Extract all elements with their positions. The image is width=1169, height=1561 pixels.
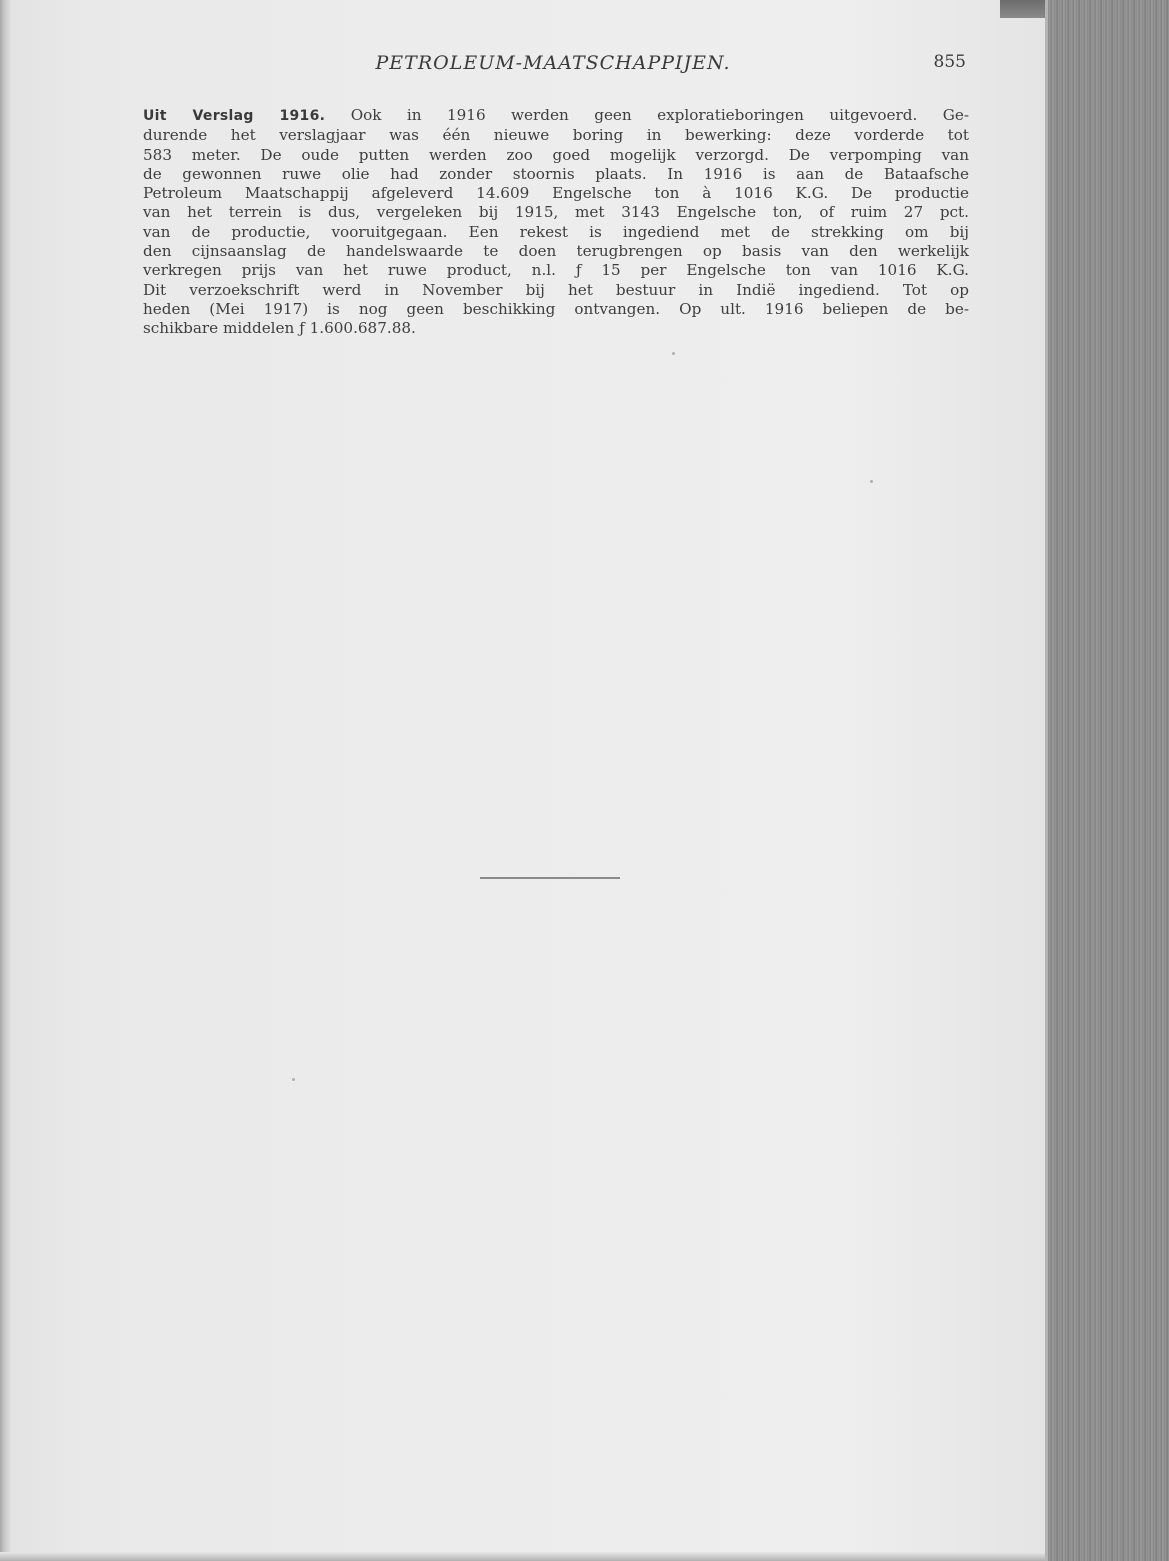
page-gutter-shadow [0,0,12,1561]
text-line: verkregen prijs van het ruwe product, n.… [143,261,969,280]
text-line: 583 meter. De oude putten werden zoo goe… [143,146,969,165]
book-page-stack-edge [1045,0,1169,1561]
text-line: den cijnsaanslag de handelswaarde te doe… [143,242,969,261]
text-line: Uit Verslag 1916. Ook in 1916 werden gee… [143,106,969,126]
article-paragraph: Uit Verslag 1916. Ook in 1916 werden gee… [143,106,969,339]
text-line: van de productie, vooruitgegaan. Een rek… [143,223,969,242]
text-line: de gewonnen ruwe olie had zonder stoorni… [143,165,969,184]
book-page: PETROLEUM-MAATSCHAPPIJEN. 855 Uit Versla… [0,0,1052,1561]
text-line: schikbare middelen ƒ 1.600.687.88. [143,319,969,338]
text-line: heden (Mei 1917) is nog geen beschikking… [143,300,969,319]
section-lead: Uit Verslag 1916. [143,108,325,124]
text-line: durende het verslagjaar was één nieuwe b… [143,126,969,145]
paper-speck [870,480,873,483]
section-divider [480,877,620,879]
paper-speck [292,1078,295,1081]
page-number: 855 [934,52,966,72]
page-bottom-edge [0,1552,1052,1561]
paper-speck [672,352,675,355]
running-head: PETROLEUM-MAATSCHAPPIJEN. 855 [140,52,966,82]
running-title: PETROLEUM-MAATSCHAPPIJEN. [140,52,966,74]
text-line: Dit verzoekschrift werd in November bij … [143,281,969,300]
text-line: Petroleum Maatschappij afgeleverd 14.609… [143,184,969,203]
text-line: van het terrein is dus, vergeleken bij 1… [143,203,969,222]
